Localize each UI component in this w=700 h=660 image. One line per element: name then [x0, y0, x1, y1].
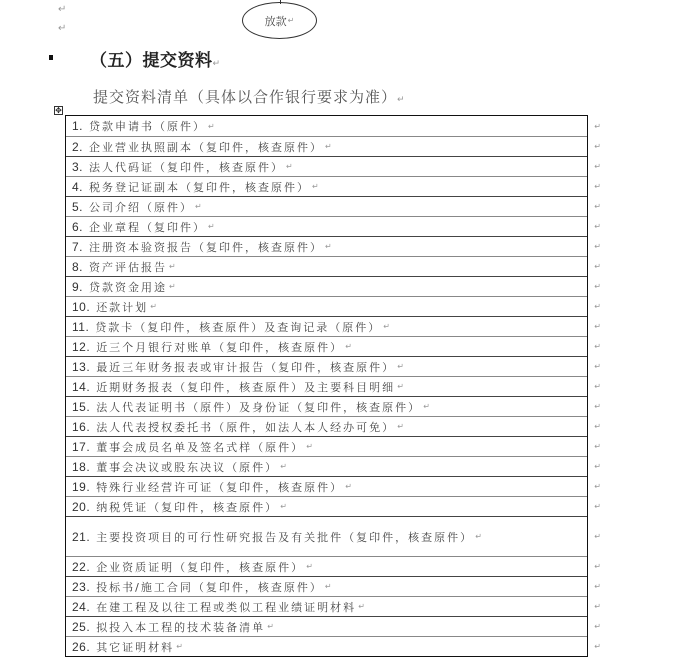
paragraph-mark-icon: ↵ [423, 402, 430, 411]
paragraph-mark-icon: ↵ [397, 422, 404, 431]
documents-list-table: 1.贷款申请书（原件）↵↵2.企业营业执照副本（复印件，核查原件）↵↵3.法人代… [65, 115, 588, 657]
table-row[interactable]: 14.近期财务报表（复印件，核查原件）及主要科目明细↵↵ [66, 376, 587, 396]
row-number: 22. [72, 560, 90, 574]
row-text: 近期财务报表（复印件，核查原件）及主要科目明细 [96, 379, 395, 395]
row-number: 17. [72, 440, 90, 454]
row-number: 6. [72, 220, 83, 234]
row-text: 纳税凭证（复印件，核查原件） [96, 499, 278, 515]
row-end-mark-icon: ↵ [594, 602, 601, 611]
paragraph-mark-icon: ↵ [58, 5, 66, 15]
row-number: 5. [72, 200, 83, 214]
row-end-mark-icon: ↵ [594, 482, 601, 491]
table-row[interactable]: 15.法人代表证明书（原件）及身份证（复印件，核查原件）↵↵ [66, 396, 587, 416]
row-end-mark-icon: ↵ [594, 302, 601, 311]
row-text: 企业营业执照副本（复印件，核查原件） [89, 139, 323, 155]
row-end-mark-icon: ↵ [594, 162, 601, 171]
row-text: 法人代码证（复印件，核查原件） [89, 159, 284, 175]
table-row[interactable]: 23.投标书/施工合同（复印件，核查原件）↵↵ [66, 576, 587, 596]
paragraph-mark-icon: ↵ [208, 222, 215, 231]
table-row[interactable]: 1.贷款申请书（原件）↵↵ [66, 116, 587, 136]
row-end-mark-icon: ↵ [594, 562, 601, 571]
row-end-mark-icon: ↵ [594, 502, 601, 511]
heading-bullet-marker [49, 55, 53, 60]
table-row[interactable]: 6.企业章程（复印件）↵↵ [66, 216, 587, 236]
row-text: 企业章程（复印件） [89, 219, 206, 235]
table-row[interactable]: 12.近三个月银行对账单（复印件，核查原件）↵↵ [66, 336, 587, 356]
paragraph-mark-icon: ↵ [325, 582, 332, 591]
row-text: 公司介绍（原件） [89, 199, 193, 215]
row-number: 14. [72, 380, 90, 394]
table-row[interactable]: 7.注册资本验资报告（复印件，核查原件）↵↵ [66, 236, 587, 256]
row-number: 20. [72, 500, 90, 514]
row-text: 法人代表证明书（原件）及身份证（复印件，核查原件） [96, 399, 421, 415]
table-row[interactable]: 21.主要投资项目的可行性研究报告及有关批件（复印件，核查原件）↵↵ [66, 516, 587, 556]
row-text: 贷款卡（复印件，核查原件）及查询记录（原件） [95, 319, 381, 335]
row-end-mark-icon: ↵ [594, 402, 601, 411]
paragraph-mark-icon: ↵ [58, 24, 66, 34]
row-text: 近三个月银行对账单（复印件，核查原件） [96, 339, 343, 355]
table-row[interactable]: 24.在建工程及以往工程或类似工程业绩证明材料↵↵ [66, 596, 587, 616]
row-number: 1. [72, 119, 83, 133]
row-end-mark-icon: ↵ [594, 222, 601, 231]
paragraph-mark-icon: ↵ [325, 142, 332, 151]
table-row[interactable]: 2.企业营业执照副本（复印件，核查原件）↵↵ [66, 136, 587, 156]
table-row[interactable]: 8.资产评估报告↵↵ [66, 256, 587, 276]
row-number: 16. [72, 420, 90, 434]
row-number: 23. [72, 580, 90, 594]
row-end-mark-icon: ↵ [594, 182, 601, 191]
paragraph-mark-icon: ↵ [397, 95, 405, 105]
row-end-mark-icon: ↵ [594, 142, 601, 151]
row-text: 最近三年财务报表或审计报告（复印件，核查原件） [96, 359, 395, 375]
row-text: 董事会成员名单及签名式样（原件） [96, 439, 304, 455]
table-row[interactable]: 5.公司介绍（原件）↵↵ [66, 196, 587, 216]
table-row[interactable]: 22.企业资质证明（复印件，核查原件）↵↵ [66, 556, 587, 576]
paragraph-mark-icon: ↵ [213, 59, 221, 69]
row-number: 18. [72, 460, 90, 474]
row-end-mark-icon: ↵ [594, 382, 601, 391]
section-heading: （五）提交资料↵ [90, 46, 221, 71]
row-number: 13. [72, 360, 90, 374]
paragraph-mark-icon: ↵ [280, 502, 287, 511]
paragraph-mark-icon: ↵ [397, 382, 404, 391]
paragraph-mark-icon: ↵ [312, 182, 319, 191]
row-number: 4. [72, 180, 83, 194]
row-end-mark-icon: ↵ [594, 202, 601, 211]
table-row[interactable]: 25.拟投入本工程的技术装备清单↵↵ [66, 616, 587, 636]
paragraph-mark-icon: ↵ [169, 282, 176, 291]
table-row[interactable]: 17.董事会成员名单及签名式样（原件）↵↵ [66, 436, 587, 456]
row-end-mark-icon: ↵ [594, 622, 601, 631]
row-end-mark-icon: ↵ [594, 462, 601, 471]
paragraph-mark-icon: ↵ [169, 262, 176, 271]
row-end-mark-icon: ↵ [594, 282, 601, 291]
row-number: 8. [72, 260, 83, 274]
row-number: 24. [72, 600, 90, 614]
paragraph-mark-icon: ↵ [345, 342, 352, 351]
table-row[interactable]: 20.纳税凭证（复印件，核查原件）↵↵ [66, 496, 587, 516]
row-number: 26. [72, 640, 90, 654]
row-text: 法人代表授权委托书（原件，如法人本人经办可免） [96, 419, 395, 435]
row-text: 资产评估报告 [89, 259, 167, 275]
row-number: 15. [72, 400, 90, 414]
row-text: 企业资质证明（复印件，核查原件） [96, 559, 304, 575]
table-row[interactable]: 10.还款计划↵↵ [66, 296, 587, 316]
row-number: 21. [72, 530, 90, 544]
table-row[interactable]: 9.贷款资金用途↵↵ [66, 276, 587, 296]
table-row[interactable]: 3.法人代码证（复印件，核查原件）↵↵ [66, 156, 587, 176]
table-row[interactable]: 19.特殊行业经营许可证（复印件，核查原件）↵↵ [66, 476, 587, 496]
paragraph-mark-icon: ↵ [325, 242, 332, 251]
row-end-mark-icon: ↵ [594, 242, 601, 251]
row-text: 拟投入本工程的技术装备清单 [96, 619, 265, 635]
flowchart-node-disbursement[interactable]: 放款↵ [242, 2, 317, 39]
paragraph-mark-icon: ↵ [397, 362, 404, 371]
row-text: 注册资本验资报告（复印件，核查原件） [89, 239, 323, 255]
table-row[interactable]: 18.董事会决议或股东决议（原件）↵↵ [66, 456, 587, 476]
row-end-mark-icon: ↵ [594, 442, 601, 451]
paragraph-mark-icon: ↵ [195, 202, 202, 211]
paragraph-mark-icon: ↵ [280, 462, 287, 471]
paragraph-mark-icon: ↵ [150, 302, 157, 311]
row-text: 还款计划 [96, 299, 148, 315]
table-move-handle-icon[interactable]: ✥ [54, 106, 63, 115]
row-end-mark-icon: ↵ [594, 122, 601, 131]
paragraph-mark-icon: ↵ [267, 622, 274, 631]
row-text: 主要投资项目的可行性研究报告及有关批件（复印件，核查原件） [96, 529, 473, 545]
table-row[interactable]: 26.其它证明材料↵↵ [66, 636, 587, 656]
paragraph-mark-icon: ↵ [345, 482, 352, 491]
row-text: 税务登记证副本（复印件，核查原件） [89, 179, 310, 195]
row-number: 11. [72, 320, 89, 334]
row-end-mark-icon: ↵ [594, 362, 601, 371]
paragraph-mark-icon: ↵ [208, 122, 215, 131]
row-text: 特殊行业经营许可证（复印件，核查原件） [96, 479, 343, 495]
row-number: 9. [72, 280, 83, 294]
row-end-mark-icon: ↵ [594, 642, 601, 651]
row-end-mark-icon: ↵ [594, 582, 601, 591]
row-number: 25. [72, 620, 90, 634]
table-row[interactable]: 16.法人代表授权委托书（原件，如法人本人经办可免）↵↵ [66, 416, 587, 436]
row-text: 董事会决议或股东决议（原件） [96, 459, 278, 475]
table-row[interactable]: 11.贷款卡（复印件，核查原件）及查询记录（原件）↵↵ [66, 316, 587, 336]
paragraph-mark-icon: ↵ [288, 16, 295, 25]
table-row[interactable]: 13.最近三年财务报表或审计报告（复印件，核查原件）↵↵ [66, 356, 587, 376]
row-end-mark-icon: ↵ [594, 322, 601, 331]
section-subtitle: 提交资料清单（具体以合作银行要求为准）↵ [93, 86, 405, 107]
row-end-mark-icon: ↵ [594, 422, 601, 431]
row-text: 贷款资金用途 [89, 279, 167, 295]
paragraph-mark-icon: ↵ [306, 442, 313, 451]
flowchart-node-label: 放款 [265, 13, 287, 29]
row-number: 19. [72, 480, 90, 494]
row-end-mark-icon: ↵ [594, 532, 601, 541]
paragraph-mark-icon: ↵ [358, 602, 365, 611]
row-end-mark-icon: ↵ [594, 342, 601, 351]
row-text: 在建工程及以往工程或类似工程业绩证明材料 [96, 599, 356, 615]
paragraph-mark-icon: ↵ [306, 562, 313, 571]
row-text: 贷款申请书（原件） [89, 118, 206, 134]
row-end-mark-icon: ↵ [594, 262, 601, 271]
paragraph-mark-icon: ↵ [475, 532, 482, 541]
row-text: 其它证明材料 [96, 639, 174, 655]
row-text: 投标书/施工合同（复印件，核查原件） [96, 579, 323, 595]
table-row[interactable]: 4.税务登记证副本（复印件，核查原件）↵↵ [66, 176, 587, 196]
section-heading-text: （五）提交资料 [90, 51, 213, 71]
row-number: 7. [72, 240, 83, 254]
paragraph-mark-icon: ↵ [176, 642, 183, 651]
row-number: 3. [72, 160, 83, 174]
section-subtitle-text: 提交资料清单（具体以合作银行要求为准） [93, 88, 397, 106]
paragraph-mark-icon: ↵ [383, 322, 390, 331]
row-number: 10. [72, 300, 90, 314]
row-number: 12. [72, 340, 90, 354]
paragraph-mark-icon: ↵ [286, 162, 293, 171]
row-number: 2. [72, 140, 83, 154]
